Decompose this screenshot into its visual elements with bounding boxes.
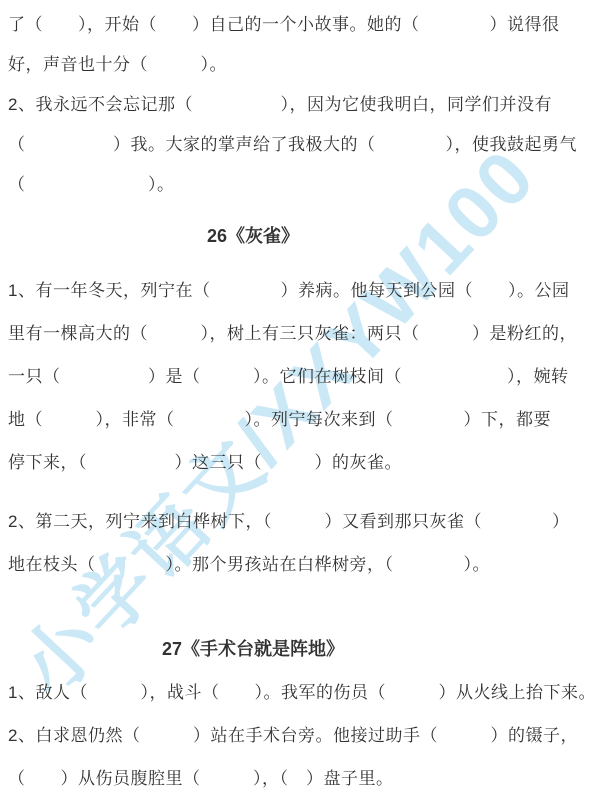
text-line: 2、我永远不会忘记那（ ），因为它使我明白，同学们并没有 <box>8 85 588 125</box>
text-line: （ ）从伤员腹腔里（ ），（ ）盘子里。 <box>8 757 588 799</box>
text-line: 1、敌人（ ），战斗（ ）。我军的伤员（ ）从火线上抬下来。 <box>8 671 588 714</box>
text-line: 里有一棵高大的（ ），树上有三只灰雀：两只（ ）是粉红的， <box>8 312 588 355</box>
text-line: （ ）。 <box>8 165 588 205</box>
section-26-paragraph-2: 2、第二天，列宁来到白桦树下，（ ）又看到那只灰雀（ ） 地在枝头（ ）。那个男… <box>8 500 588 586</box>
section-26-paragraph-1: 1、有一年冬天，列宁在（ ）养病。他每天到公园（ ）。公园 里有一棵高大的（ ）… <box>8 269 588 484</box>
exercise-block-intro: 了（ ），开始（ ）自己的一个小故事。她的（ ）说得很 好，声音也十分（ ）。 … <box>8 5 588 205</box>
section-title-27: 27《手术台就是阵地》 <box>8 630 498 668</box>
text-line: 一只（ ）是（ ）。它们在树枝间（ ），婉转 <box>8 355 588 398</box>
text-line: 2、第二天，列宁来到白桦树下，（ ）又看到那只灰雀（ ） <box>8 500 588 543</box>
text-line: 地（ ），非常（ ）。列宁每次来到（ ）下，都要 <box>8 398 588 441</box>
text-line: 2、白求恩仍然（ ）站在手术台旁。他接过助手（ ）的镊子， <box>8 714 588 757</box>
text-line: 地在枝头（ ）。那个男孩站在白桦树旁，（ ）。 <box>8 543 588 586</box>
worksheet-page: 小学语文/XXYW100 了（ ），开始（ ）自己的一个小故事。她的（ ）说得很… <box>0 0 596 799</box>
section-27-paragraph-1: 1、敌人（ ），战斗（ ）。我军的伤员（ ）从火线上抬下来。 2、白求恩仍然（ … <box>8 671 588 799</box>
section-title-26: 26《灰雀》 <box>8 217 498 255</box>
text-line: 1、有一年冬天，列宁在（ ）养病。他每天到公园（ ）。公园 <box>8 269 588 312</box>
text-line: 好，声音也十分（ ）。 <box>8 45 588 85</box>
text-line: 了（ ），开始（ ）自己的一个小故事。她的（ ）说得很 <box>8 5 588 45</box>
text-line: 停下来，（ ）这三只（ ）的灰雀。 <box>8 441 588 484</box>
worksheet-content: 了（ ），开始（ ）自己的一个小故事。她的（ ）说得很 好，声音也十分（ ）。 … <box>0 0 596 799</box>
text-line: （ ）我。大家的掌声给了我极大的（ ），使我鼓起勇气 <box>8 125 588 165</box>
